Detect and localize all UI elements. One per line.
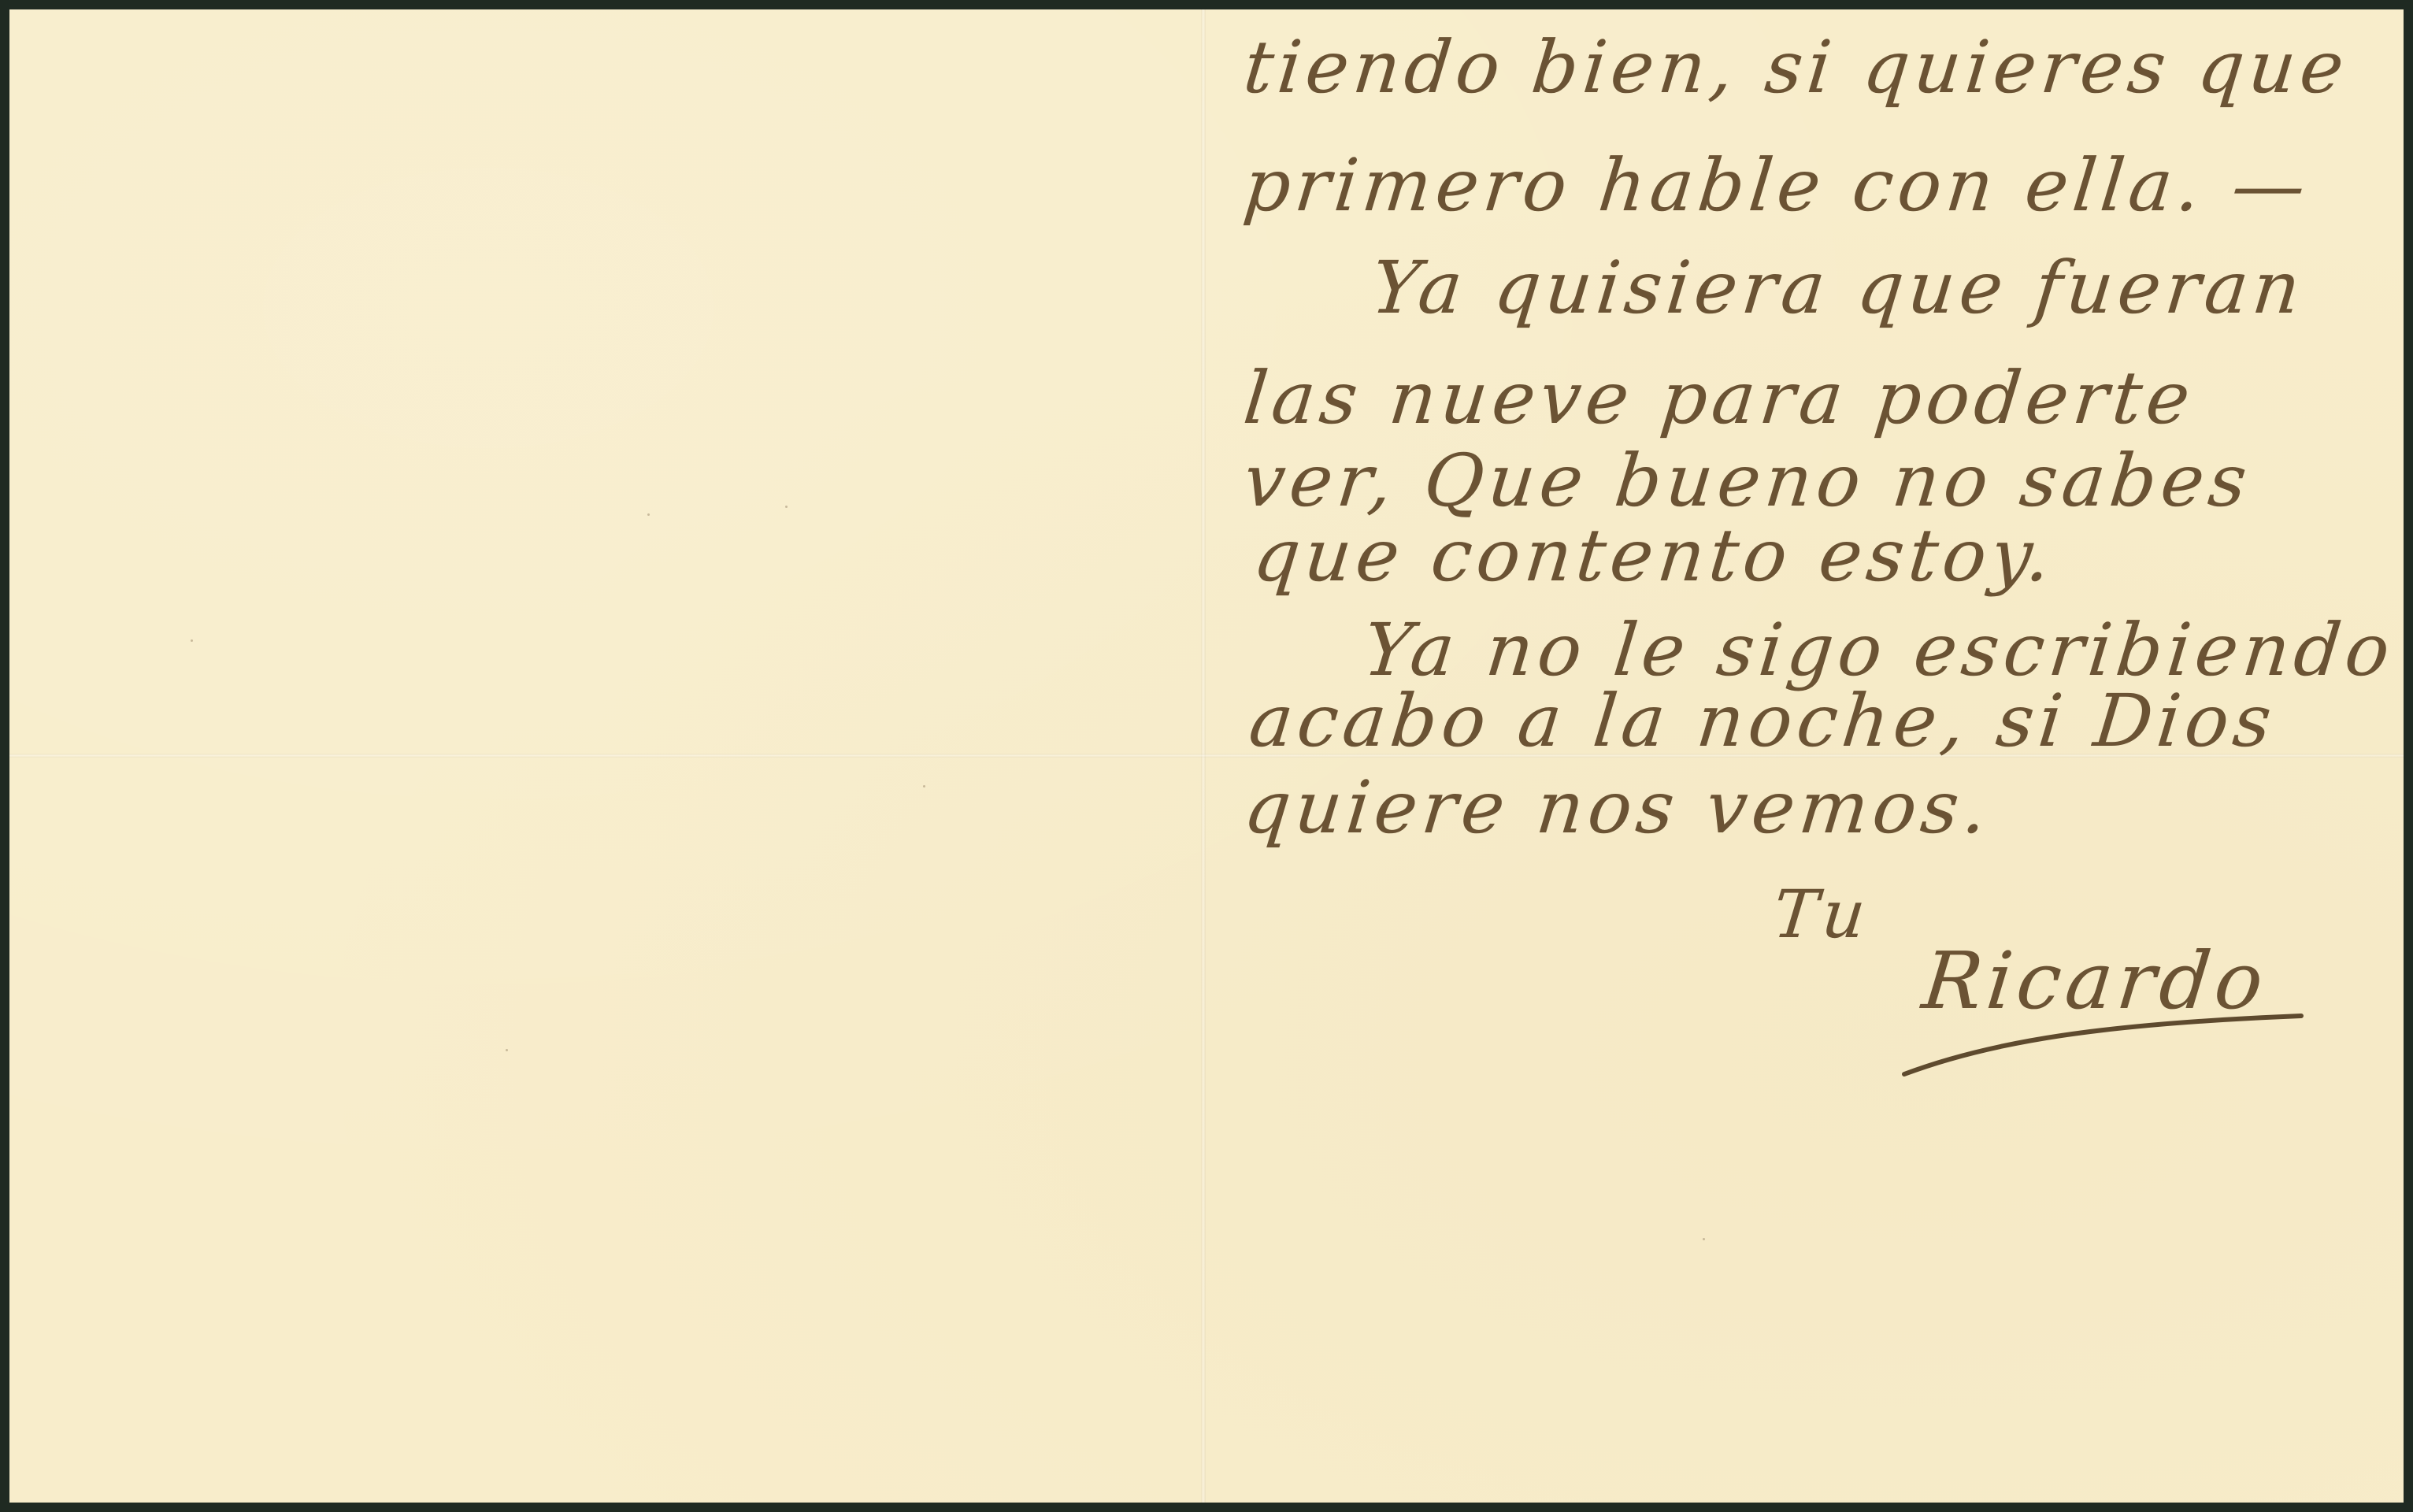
paper-speck xyxy=(785,506,788,508)
handwritten-line: primero hable con ella. — xyxy=(1240,143,2314,228)
paper-speck xyxy=(923,785,925,787)
handwritten-line: quiere nos vemos. xyxy=(1240,765,1996,850)
paper-speck xyxy=(1703,1238,1705,1240)
handwritten-line: acabo a la noche, si Dios xyxy=(1245,679,2280,763)
letter-sheet: tiendo bien, si quieres que primero habl… xyxy=(9,9,2404,1503)
signature-flourish-icon xyxy=(1898,1010,2307,1080)
handwritten-line: las nueve para poderte xyxy=(1240,356,2198,440)
paper-speck xyxy=(191,639,193,642)
handwritten-line: ver, Que bueno no sabes xyxy=(1240,439,2255,523)
handwritten-line: que contento estoy. xyxy=(1249,513,2059,598)
closing-tu: Tu xyxy=(1770,876,1874,953)
handwritten-line: tiendo bien, si quieres que xyxy=(1240,25,2352,109)
paper-speck xyxy=(506,1049,508,1051)
handwritten-line: Ya quisiera que fueran xyxy=(1367,246,2308,330)
paper-speck xyxy=(647,513,650,516)
